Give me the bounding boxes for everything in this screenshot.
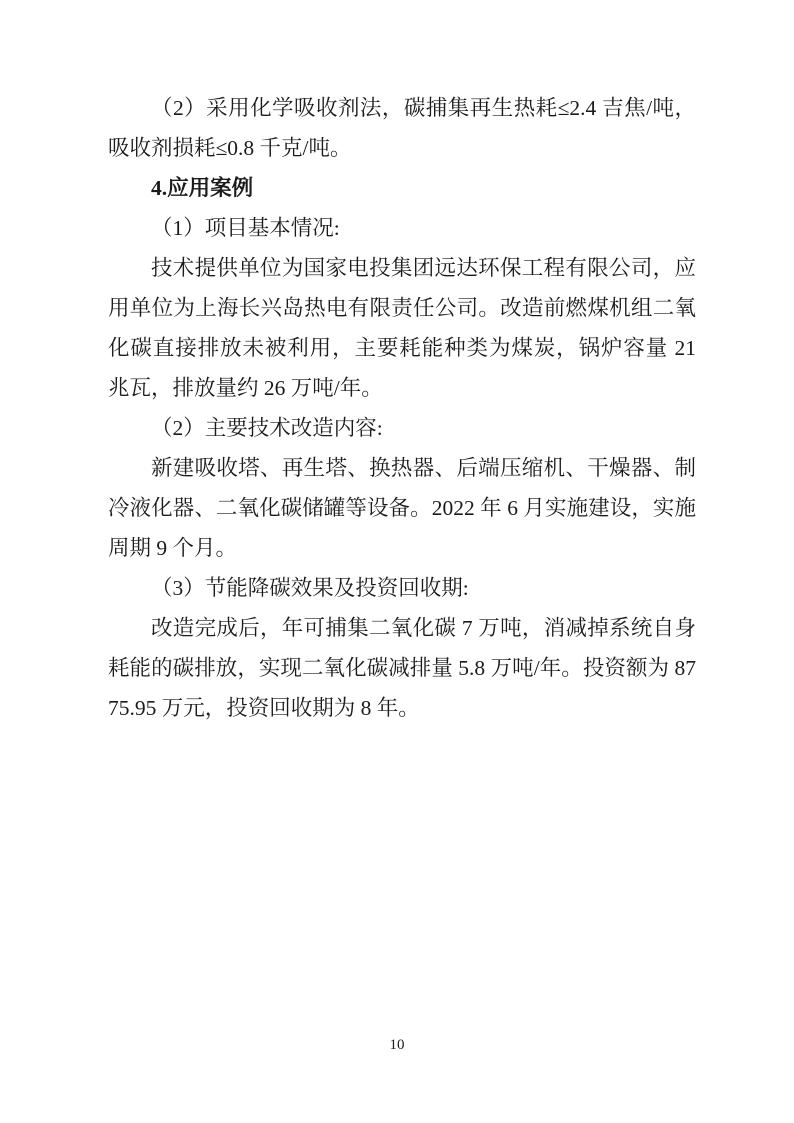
subheading-project-basic-info: （1）项目基本情况:: [108, 208, 696, 248]
paragraph-energy-saving-payback: 改造完成后，年可捕集二氧化碳 7 万吨，消减掉系统自身耗能的碳排放，实现二氧化碳…: [108, 608, 696, 728]
paragraph-project-basic-info: 技术提供单位为国家电投集团远达环保工程有限公司，应用单位为上海长兴岛热电有限责任…: [108, 248, 696, 408]
paragraph-technical-retrofit: 新建吸收塔、再生塔、换热器、后端压缩机、干燥器、制冷液化器、二氧化碳储罐等设备。…: [108, 448, 696, 568]
document-body: （2）采用化学吸收剂法，碳捕集再生热耗≤2.4 吉焦/吨，吸收剂损耗≤0.8 千…: [108, 88, 696, 728]
section-heading-application-cases: 4.应用案例: [108, 168, 696, 208]
page-number: 10: [390, 1037, 405, 1053]
document-page: （2）采用化学吸收剂法，碳捕集再生热耗≤2.4 吉焦/吨，吸收剂损耗≤0.8 千…: [0, 0, 794, 1123]
subheading-energy-saving-payback: （3）节能降碳效果及投资回收期:: [108, 568, 696, 608]
subheading-technical-retrofit: （2）主要技术改造内容:: [108, 408, 696, 448]
page-footer: 10: [0, 1036, 794, 1054]
paragraph-capture-specs: （2）采用化学吸收剂法，碳捕集再生热耗≤2.4 吉焦/吨，吸收剂损耗≤0.8 千…: [108, 88, 696, 168]
